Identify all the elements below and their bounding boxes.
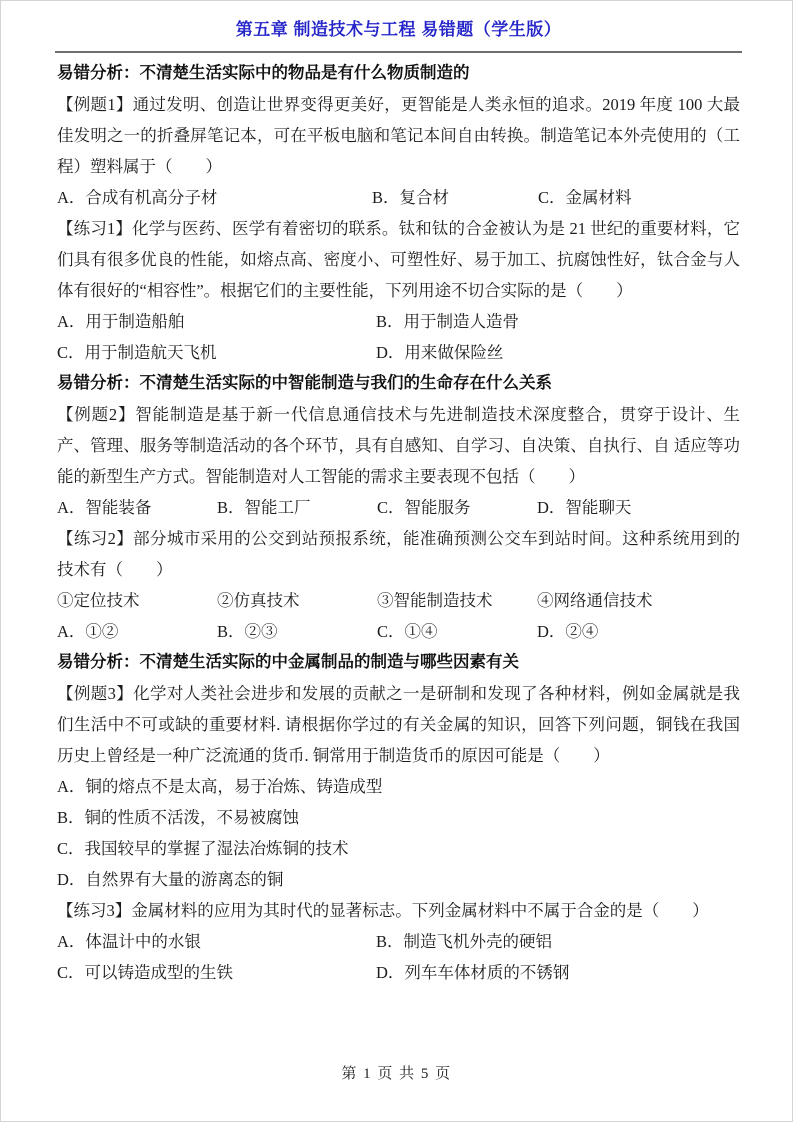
options-row: A．智能装备B．智能工厂C．智能服务D．智能聊天 — [57, 492, 740, 523]
option-item: B．②③ — [217, 616, 377, 647]
option-item: D．自然界有大量的游离态的铜 — [57, 864, 740, 895]
option-item: A．铜的熔点不是太高，易于冶炼、铸造成型 — [57, 771, 740, 802]
option-item: D．列车车体材质的不锈钢 — [376, 957, 740, 988]
option-item: C．用于制造航天飞机 — [57, 337, 376, 368]
option-item: D．②④ — [537, 616, 740, 647]
option-item: A．体温计中的水银 — [57, 926, 376, 957]
options-row: B．铜的性质不活泼，不易被腐蚀 — [57, 802, 740, 833]
options-row: ①定位技术②仿真技术③智能制造技术④网络通信技术 — [57, 585, 740, 616]
question-paragraph: 【练习3】金属材料的应用为其时代的显著标志。下列金属材料中不属于合金的是（ ） — [57, 895, 740, 926]
page-title: 第五章 制造技术与工程 易错题（学生版） — [57, 18, 740, 42]
option-item: D．智能聊天 — [537, 492, 740, 523]
option-item: A．合成有机高分子材 — [57, 182, 372, 213]
question-paragraph: 【练习1】化学与医药、医学有着密切的联系。钛和钛的合金被认为是 21 世纪的重要… — [57, 213, 740, 306]
question-paragraph: 【例题3】化学对人类社会进步和发展的贡献之一是研制和发现了各种材料，例如金属就是… — [57, 678, 740, 771]
option-item: A．①② — [57, 616, 217, 647]
option-item: B．智能工厂 — [217, 492, 377, 523]
options-row: C．用于制造航天飞机D．用来做保险丝 — [57, 337, 740, 368]
option-item: ②仿真技术 — [217, 585, 377, 616]
options-row: C．我国较早的掌握了湿法冶炼铜的技术 — [57, 833, 740, 864]
options-row: A．用于制造船舶B．用于制造人造骨 — [57, 306, 740, 337]
section-heading: 易错分析：不清楚生活实际的中金属制品的制造与哪些因素有关 — [57, 647, 740, 678]
option-item: B．制造飞机外壳的硬铝 — [376, 926, 740, 957]
worksheet-section: 易错分析：不清楚生活实际中的物品是有什么物质制造的【例题1】通过发明、创造让世界… — [57, 58, 740, 368]
options-row: A．铜的熔点不是太高，易于冶炼、铸造成型 — [57, 771, 740, 802]
document-content: 易错分析：不清楚生活实际中的物品是有什么物质制造的【例题1】通过发明、创造让世界… — [57, 53, 740, 988]
option-item: C．智能服务 — [377, 492, 537, 523]
question-paragraph: 【例题2】智能制造是基于新一代信息通信技术与先进制造技术深度整合，贯穿于设计、生… — [57, 399, 740, 492]
options-row: C．可以铸造成型的生铁D．列车车体材质的不锈钢 — [57, 957, 740, 988]
question-paragraph: 【练习2】部分城市采用的公交到站预报系统，能准确预测公交车到站时间。这种系统用到… — [57, 523, 740, 585]
option-item: B．用于制造人造骨 — [376, 306, 740, 337]
options-row: D．自然界有大量的游离态的铜 — [57, 864, 740, 895]
section-heading: 易错分析：不清楚生活实际的中智能制造与我们的生命存在什么关系 — [57, 368, 740, 399]
question-paragraph: 【例题1】通过发明、创造让世界变得更美好，更智能是人类永恒的追求。2019 年度… — [57, 89, 740, 182]
option-item: C．我国较早的掌握了湿法冶炼铜的技术 — [57, 833, 740, 864]
section-heading: 易错分析：不清楚生活实际中的物品是有什么物质制造的 — [57, 58, 740, 89]
page-footer: 第 1 页 共 5 页 — [0, 1062, 793, 1083]
option-item: ①定位技术 — [57, 585, 217, 616]
option-item: B．复合材 — [372, 182, 538, 213]
options-row: A．合成有机高分子材B．复合材C．金属材料 — [57, 182, 740, 213]
option-item: A．智能装备 — [57, 492, 217, 523]
option-item: ③智能制造技术 — [377, 585, 537, 616]
option-item: C．①④ — [377, 616, 537, 647]
option-item: C．金属材料 — [538, 182, 740, 213]
option-item: D．用来做保险丝 — [376, 337, 740, 368]
page-inner: 第五章 制造技术与工程 易错题（学生版） 易错分析：不清楚生活实际中的物品是有什… — [0, 0, 793, 988]
option-item: B．铜的性质不活泼，不易被腐蚀 — [57, 802, 740, 833]
document-page: 第五章 制造技术与工程 易错题（学生版） 易错分析：不清楚生活实际中的物品是有什… — [0, 0, 793, 1122]
options-row: A．体温计中的水银B．制造飞机外壳的硬铝 — [57, 926, 740, 957]
option-item: A．用于制造船舶 — [57, 306, 376, 337]
options-row: A．①②B．②③C．①④D．②④ — [57, 616, 740, 647]
option-item: C．可以铸造成型的生铁 — [57, 957, 376, 988]
worksheet-section: 易错分析：不清楚生活实际的中智能制造与我们的生命存在什么关系【例题2】智能制造是… — [57, 368, 740, 647]
worksheet-section: 易错分析：不清楚生活实际的中金属制品的制造与哪些因素有关【例题3】化学对人类社会… — [57, 647, 740, 988]
option-item: ④网络通信技术 — [537, 585, 740, 616]
